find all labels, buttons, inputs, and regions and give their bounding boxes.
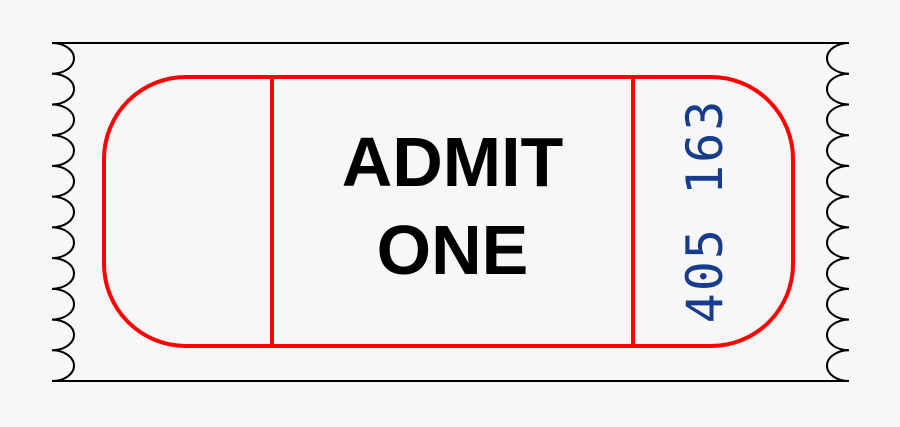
right-scalloped-edge — [827, 43, 849, 381]
left-scalloped-edge — [52, 43, 74, 381]
admit-one-label: ADMIT ONE — [272, 118, 633, 294]
serial-number: 405 163 — [676, 99, 734, 324]
admit-text: ADMIT — [272, 118, 633, 206]
one-text: ONE — [272, 206, 633, 294]
